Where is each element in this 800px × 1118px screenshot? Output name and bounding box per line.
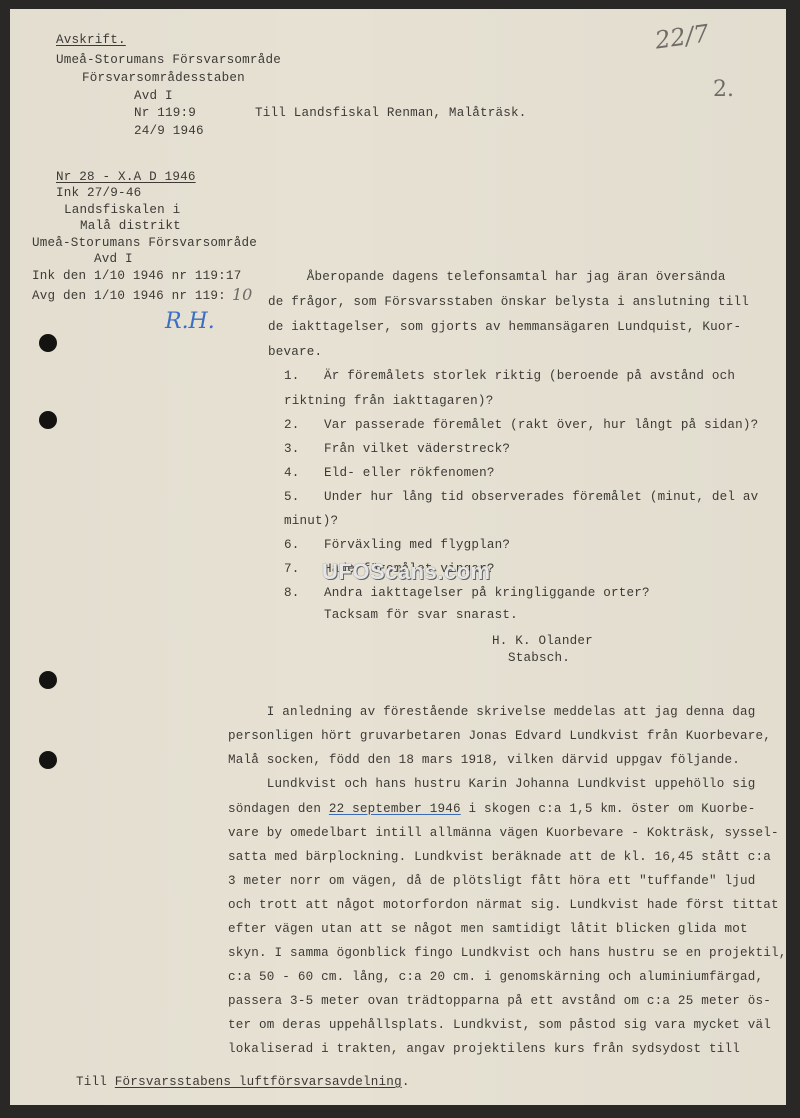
org-line-2: Försvarsområdesstaben [82,72,245,85]
stamp-line-7: Ink den 1/10 1946 nr 119:17 [32,270,241,283]
footer-recipient: Till Försvarsstabens luftförsvarsavdelni… [76,1076,410,1089]
ref-number: Nr 119:9 [134,107,196,120]
report-line: I anledning av förestående skrivelse med… [228,706,756,719]
punch-hole [39,751,57,769]
sighting-date: 22 september 1946 [329,802,461,816]
stamp-line-8: Avg den 1/10 1946 nr 119: [32,290,226,303]
handwritten-ref: 22/7 [653,19,710,54]
report-line: satta med bärplockning. Lundkvist beräkn… [228,851,771,864]
punch-hole [39,671,57,689]
question-text: Från vilket väderstreck? [324,443,510,456]
signature-name: H. K. Olander [492,635,593,648]
report-line: Lundkvist och hans hustru Karin Johanna … [228,778,756,791]
question-number: 6. [284,539,300,552]
question-text: Eld- eller rökfenomen? [324,467,495,480]
footer-prefix: Till [76,1075,115,1089]
stamp-line-6: Avd I [94,253,133,266]
closing: Tacksam för svar snarast. [324,609,518,622]
dept: Avd I [134,90,173,103]
question-number: 5. [284,491,300,504]
handwritten-page-number: 2. [713,77,734,102]
question-number: 7. [284,563,300,576]
handwritten-avg-number: 10 [232,285,252,304]
punch-hole [39,411,57,429]
report-line-start: söndagen den [228,802,329,816]
report-line: och trott att något motorfordon närmat s… [228,899,779,912]
document-page: Avskrift. Umeå-Storumans Försvarsområde … [10,9,786,1105]
watermark: UFOScans.com [322,559,491,585]
report-line: lokaliserad i trakten, angav projektilen… [228,1043,740,1056]
addressee: Till Landsfiskal Renman, Malåträsk. [255,107,527,120]
question-number: 1. [284,370,300,383]
question-number: 4. [284,467,300,480]
question-number: 3. [284,443,300,456]
report-line: ter om deras uppehållsplats. Lundkvist, … [228,1019,771,1032]
report-line: skyn. I samma ögonblick fingo Lundkvist … [228,947,787,960]
intro-line: Åberopande dagens telefonsamtal har jag … [268,271,726,284]
report-line: c:a 50 - 60 cm. lång, c:a 20 cm. i genom… [228,971,763,984]
footer-suffix: . [402,1075,410,1089]
ref-date: 24/9 1946 [134,125,204,138]
report-line-end: i skogen c:a 1,5 km. öster om Kuorbe- [461,802,756,816]
intro-line: de iakttagelser, som gjorts av hemmansäg… [268,321,741,334]
signature-title: Stabsch. [508,652,570,665]
document-title: Avskrift. [56,34,126,47]
org-line-1: Umeå-Storumans Försvarsområde [56,54,281,67]
question-number: 8. [284,587,300,600]
question-text: Förväxling med flygplan? [324,539,510,552]
stamp-line-1: Nr 28 - X.A D 1946 [56,171,196,184]
handwritten-initials: R.H. [165,309,215,334]
question-text: Under hur lång tid observerades föremåle… [324,491,758,504]
question-text: minut)? [284,515,338,528]
intro-line: de frågor, som Försvarsstaben önskar bel… [268,296,749,309]
report-line: Malå socken, född den 18 mars 1918, vilk… [228,754,740,767]
stamp-line-4: Malå distrikt [80,220,181,233]
report-line: söndagen den 22 september 1946 i skogen … [228,803,756,816]
question-number: 2. [284,419,300,432]
report-line: efter vägen utan att se något men samtid… [228,923,748,936]
punch-hole [39,334,57,352]
stamp-line-2: Ink 27/9-46 [56,187,141,200]
question-text: Var passerade föremålet (rakt över, hur … [324,419,758,432]
question-text: riktning från iakttagaren)? [284,395,493,408]
report-line: vare by omedelbart intill allmänna vägen… [228,827,779,840]
intro-line: bevare. [268,346,322,359]
question-text: Är föremålets storlek riktig (beroende p… [324,370,735,383]
footer-recipient-name: Försvarsstabens luftförsvarsavdelning [115,1075,402,1089]
stamp-line-5: Umeå-Storumans Försvarsområde [32,237,257,250]
report-line: 3 meter norr om vägen, då de plötsligt f… [228,875,756,888]
report-line: personligen hört gruvarbetaren Jonas Edv… [228,730,771,743]
report-line: passera 3-5 meter ovan trädtopparna på e… [228,995,771,1008]
question-text: Andra iakttagelser på kringliggande orte… [324,587,650,600]
stamp-line-3: Landsfiskalen i [64,204,180,217]
